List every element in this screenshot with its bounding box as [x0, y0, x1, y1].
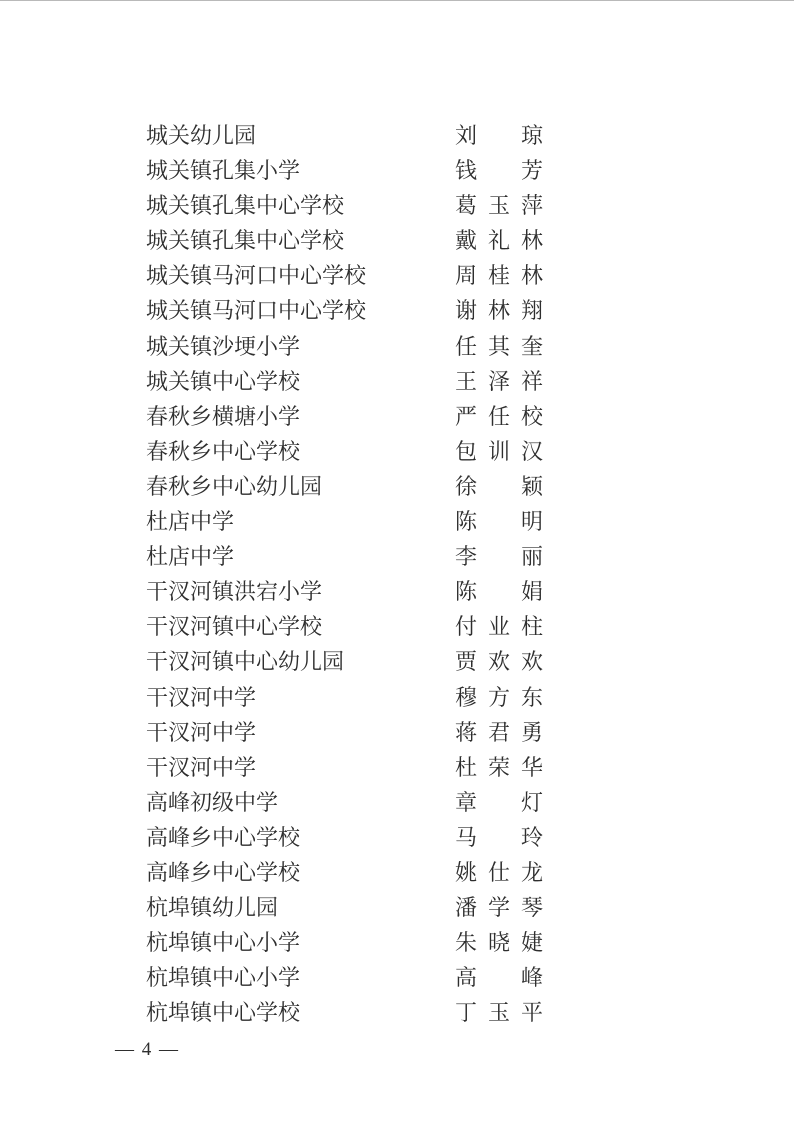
page-number: — 4 — [115, 1039, 180, 1061]
scan-edge-line [0, 0, 794, 1]
list-item: 杭埠镇中心学校丁玉平 [146, 995, 706, 1030]
list-item: 高峰乡中心学校马玲 [146, 820, 706, 855]
list-item: 春秋乡中心幼儿园徐颖 [146, 469, 706, 504]
list-item: 干汊河中学杜荣华 [146, 750, 706, 785]
school-name: 干汊河镇中心学校 [146, 609, 455, 644]
person-name: 戴礼林 [455, 223, 543, 258]
list-item: 干汊河镇中心幼儿园贾欢欢 [146, 644, 706, 679]
person-name: 付业柱 [455, 609, 543, 644]
list-item: 城关镇中心学校王泽祥 [146, 364, 706, 399]
school-name: 春秋乡横塘小学 [146, 399, 455, 434]
school-name: 杜店中学 [146, 504, 455, 539]
person-name: 周桂林 [455, 258, 543, 293]
list-item: 城关镇马河口中心学校谢林翔 [146, 293, 706, 328]
school-name: 春秋乡中心幼儿园 [146, 469, 455, 504]
school-name: 杜店中学 [146, 539, 455, 574]
person-name: 姚仕龙 [455, 855, 543, 890]
school-name: 春秋乡中心学校 [146, 434, 455, 469]
list-item: 春秋乡横塘小学严任校 [146, 399, 706, 434]
list-item: 干汊河中学蒋君勇 [146, 715, 706, 750]
school-name: 干汊河中学 [146, 715, 455, 750]
person-name: 蒋君勇 [455, 715, 543, 750]
list-item: 杜店中学陈明 [146, 504, 706, 539]
roster-list: 城关幼儿园刘琼城关镇孔集小学钱芳城关镇孔集中心学校葛玉萍城关镇孔集中心学校戴礼林… [146, 118, 706, 1030]
person-name: 高峰 [455, 960, 543, 995]
person-name: 贾欢欢 [455, 644, 543, 679]
list-item: 城关镇孔集小学钱芳 [146, 153, 706, 188]
list-item: 城关镇沙埂小学任其奎 [146, 329, 706, 364]
school-name: 城关镇孔集小学 [146, 153, 455, 188]
list-item: 杭埠镇中心小学朱晓婕 [146, 925, 706, 960]
person-name: 李丽 [455, 539, 543, 574]
person-name: 王泽祥 [455, 364, 543, 399]
person-name: 徐颖 [455, 469, 543, 504]
person-name: 马玲 [455, 820, 543, 855]
school-name: 城关镇沙埂小学 [146, 329, 455, 364]
list-item: 城关镇马河口中心学校周桂林 [146, 258, 706, 293]
person-name: 陈明 [455, 504, 543, 539]
list-item: 杭埠镇中心小学高峰 [146, 960, 706, 995]
person-name: 朱晓婕 [455, 925, 543, 960]
school-name: 杭埠镇中心学校 [146, 995, 455, 1030]
list-item: 高峰乡中心学校姚仕龙 [146, 855, 706, 890]
school-name: 干汊河镇洪宕小学 [146, 574, 455, 609]
school-name: 城关镇马河口中心学校 [146, 293, 455, 328]
list-item: 干汊河中学穆方东 [146, 680, 706, 715]
list-item: 春秋乡中心学校包训汉 [146, 434, 706, 469]
list-item: 杜店中学李丽 [146, 539, 706, 574]
list-item: 城关镇孔集中心学校葛玉萍 [146, 188, 706, 223]
school-name: 杭埠镇幼儿园 [146, 890, 455, 925]
person-name: 丁玉平 [455, 995, 543, 1030]
person-name: 穆方东 [455, 680, 543, 715]
list-item: 杭埠镇幼儿园潘学琴 [146, 890, 706, 925]
list-item: 城关幼儿园刘琼 [146, 118, 706, 153]
person-name: 任其奎 [455, 329, 543, 364]
school-name: 杭埠镇中心小学 [146, 925, 455, 960]
list-item: 干汊河镇中心学校付业柱 [146, 609, 706, 644]
person-name: 陈娟 [455, 574, 543, 609]
person-name: 包训汉 [455, 434, 543, 469]
person-name: 潘学琴 [455, 890, 543, 925]
list-item: 干汊河镇洪宕小学陈娟 [146, 574, 706, 609]
school-name: 城关镇孔集中心学校 [146, 223, 455, 258]
school-name: 干汊河中学 [146, 680, 455, 715]
person-name: 章灯 [455, 785, 543, 820]
person-name: 谢林翔 [455, 293, 543, 328]
person-name: 杜荣华 [455, 750, 543, 785]
school-name: 城关镇中心学校 [146, 364, 455, 399]
school-name: 城关镇马河口中心学校 [146, 258, 455, 293]
school-name: 干汊河中学 [146, 750, 455, 785]
school-name: 杭埠镇中心小学 [146, 960, 455, 995]
school-name: 高峰初级中学 [146, 785, 455, 820]
person-name: 严任校 [455, 399, 543, 434]
list-item: 高峰初级中学章灯 [146, 785, 706, 820]
person-name: 钱芳 [455, 153, 543, 188]
list-item: 城关镇孔集中心学校戴礼林 [146, 223, 706, 258]
school-name: 高峰乡中心学校 [146, 855, 455, 890]
school-name: 干汊河镇中心幼儿园 [146, 644, 455, 679]
school-name: 高峰乡中心学校 [146, 820, 455, 855]
school-name: 城关幼儿园 [146, 118, 455, 153]
person-name: 葛玉萍 [455, 188, 543, 223]
person-name: 刘琼 [455, 118, 543, 153]
school-name: 城关镇孔集中心学校 [146, 188, 455, 223]
document-page: 城关幼儿园刘琼城关镇孔集小学钱芳城关镇孔集中心学校葛玉萍城关镇孔集中心学校戴礼林… [0, 0, 794, 1122]
